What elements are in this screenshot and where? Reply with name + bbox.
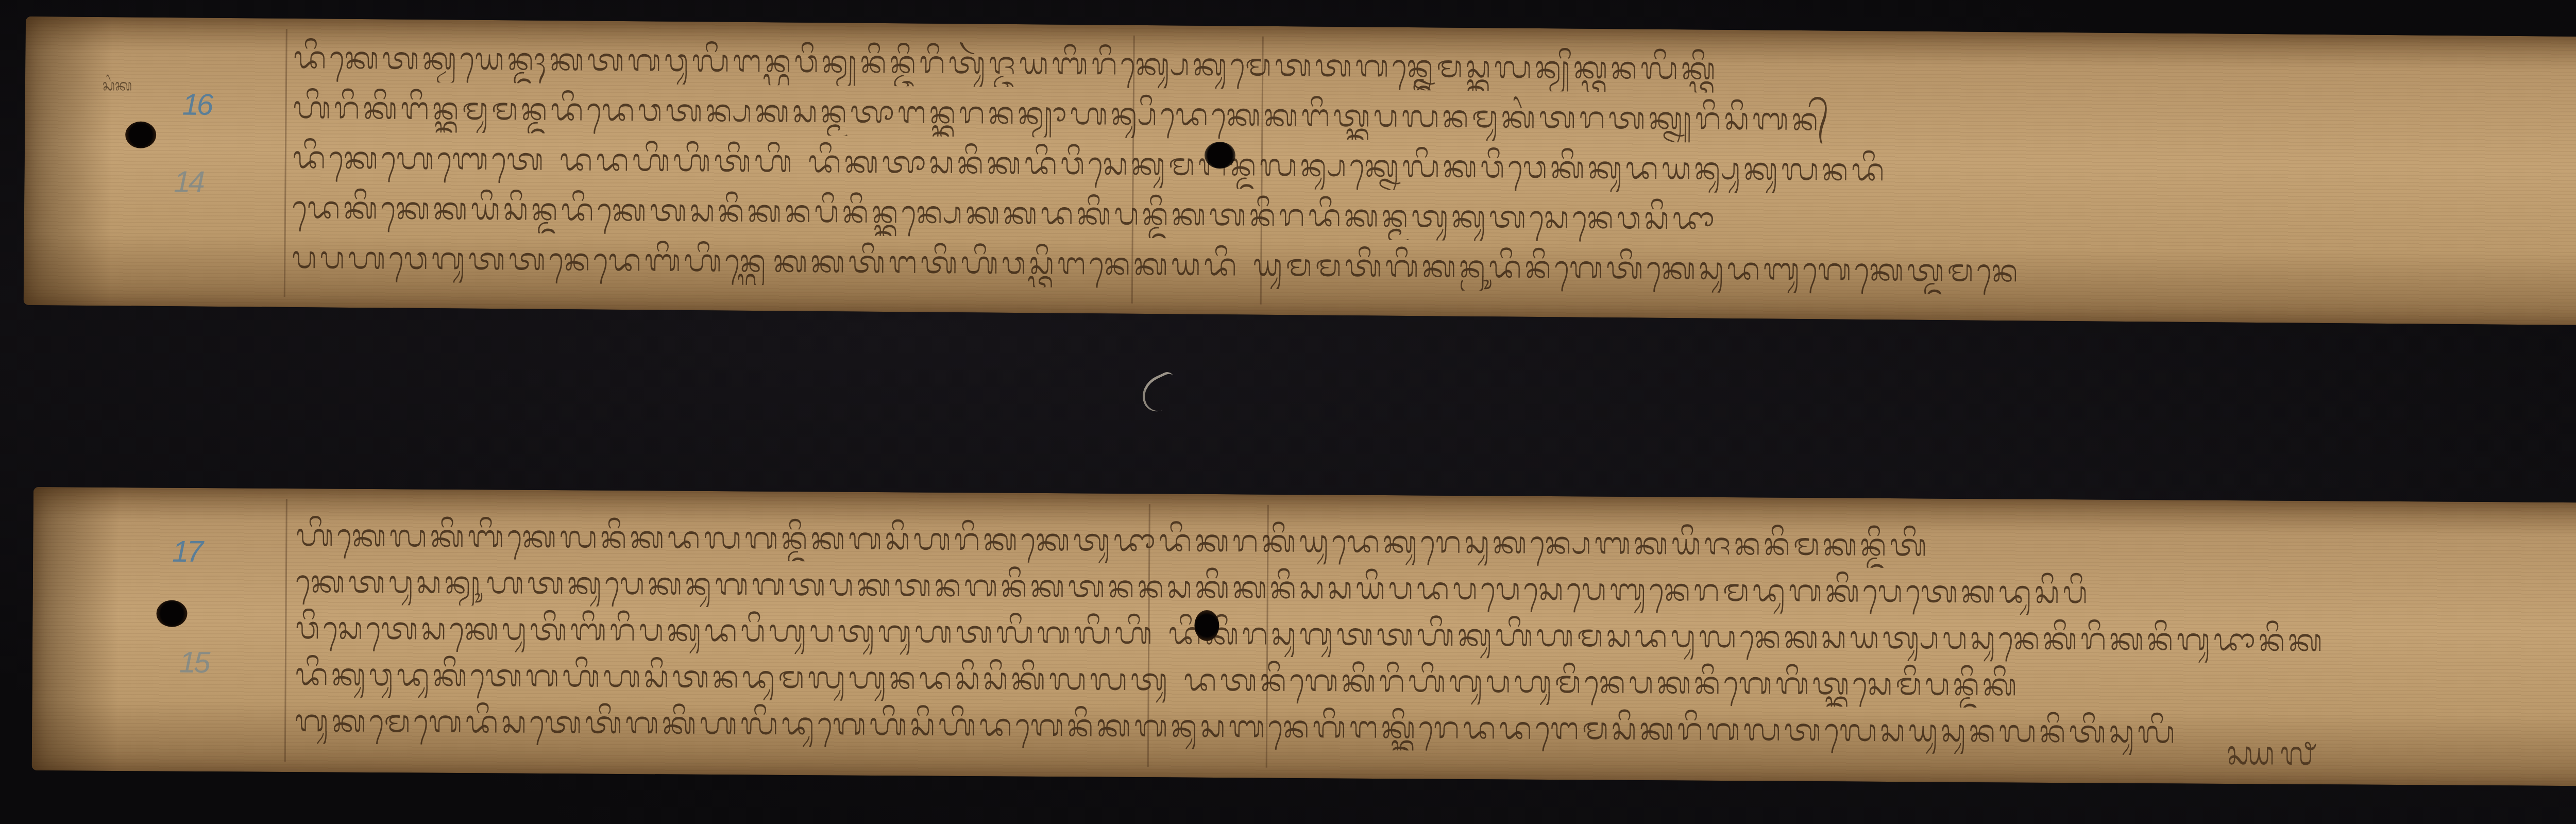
inscription-block: ᬤᬶᬓᬾᬢᬓ᭄ᬯᬬᬾᬦ᭄ᬤᬸᬄᬓᬢᬕᬯᬸᬮᬶᬗᬦ᭄ᬳᬯᬶᬦ᭄ᬬᬦᬶᬦ᭄ᬚᬶᬭᬶᬢ… <box>292 34 2576 300</box>
palm-leaf-bottom: 17 15 ᬳᬶᬓᬾᬮᬓᬶᬩᬶᬓᬾᬮᬦᬶᬓᬤᬮᬕᬦ᭄ᬤᬶᬓᬕᬲᬶᬳᬭᬶᬓᬓᬾᬢᬸ… <box>32 487 2576 788</box>
folio-number-left-lower: 14 <box>174 164 203 199</box>
margin-note: ᬲᬂᬓ <box>103 74 132 102</box>
margin-rule-left <box>284 499 287 762</box>
binding-hole-center <box>1205 142 1235 169</box>
binding-hole-center <box>1194 610 1219 641</box>
binding-hole-left <box>156 600 187 627</box>
folio-number-left: 16 <box>182 87 211 122</box>
inscription-block: ᬳᬶᬓᬾᬮᬓᬶᬩᬶᬓᬾᬮᬦᬶᬓᬤᬮᬕᬦ᭄ᬤᬶᬓᬕᬲᬶᬳᬭᬶᬓᬓᬾᬢᬸᬤᬵᬤᬶᬓᬭ… <box>295 512 2576 759</box>
folio-number-left-lower: 15 <box>179 645 209 680</box>
margin-rule-left <box>284 29 287 297</box>
leaf-number-balinese: ᭋ᭗ <box>2227 730 2321 788</box>
folio-number-left: 17 <box>172 534 201 569</box>
binding-hole-left <box>125 122 156 148</box>
palm-leaf-top: ᬲᬂᬓ 16 14 ᬤᬶᬓᬾᬢᬓ᭄ᬯᬬᬾᬦ᭄ᬤᬸᬄᬓᬢᬕᬯᬸᬮᬶᬗᬦ᭄ᬳᬯᬶᬦ᭄… <box>24 16 2576 328</box>
